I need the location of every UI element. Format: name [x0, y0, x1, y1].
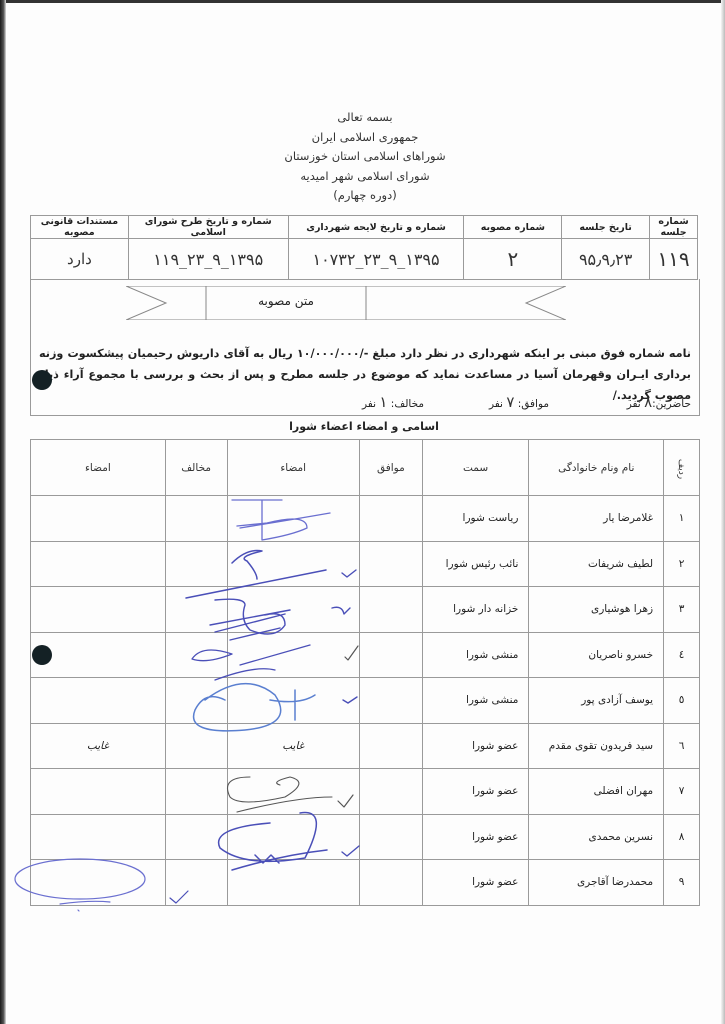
member-name: خسرو ناصریان: [529, 632, 664, 678]
col-municipal-bill: شماره و تاریخ لایحه شهرداری: [288, 216, 464, 239]
member-row: ۱ غلامرضا یار ریاست شورا: [31, 496, 700, 542]
header-line-city-council: شورای اسلامی شهر امیدیه: [250, 167, 480, 187]
agree-cell: [359, 541, 422, 587]
col-legal-documents: مستندات قانونی مصوبه: [31, 216, 129, 239]
oppose-signature-cell: [31, 769, 166, 815]
meta-header-row: شماره جلسه تاریخ جلسه شماره مصوبه شماره …: [31, 216, 698, 239]
oppose-signature-cell: [31, 541, 166, 587]
member-role: منشی شورا: [422, 678, 529, 724]
resolution-text-box: متن مصوبه نامه شماره فوق مبنی بر اینکه ش…: [30, 279, 700, 416]
row-number: ٤: [664, 632, 700, 678]
member-role: عضو شورا: [422, 723, 529, 769]
col-session-number: شماره جلسه: [650, 216, 698, 239]
council-plan-ref: ۱۳۹۵_۹_۲۳_۱۱۹: [128, 239, 288, 280]
member-row: ۹ محمدرضا آقاجری عضو شورا: [31, 860, 700, 906]
oppose-cell: [165, 769, 227, 815]
agree-signature-cell: [227, 678, 359, 724]
agree-signature-cell: [227, 769, 359, 815]
agree-cell: [359, 496, 422, 542]
agree-cell: [359, 678, 422, 724]
row-number: ۷: [664, 769, 700, 815]
agree-signature-cell: [227, 587, 359, 633]
agree-signature-cell: [227, 496, 359, 542]
oppose-signature-cell: [31, 814, 166, 860]
member-row: ۲ لطیف شریفات نائب رئیس شورا: [31, 541, 700, 587]
agree-signature-cell: [227, 860, 359, 906]
session-date: ۹۵٫۹٫۲۳: [562, 239, 650, 280]
member-row: ٤ خسرو ناصریان منشی شورا: [31, 632, 700, 678]
member-name: یوسف آزادی پور: [529, 678, 664, 724]
header-line-country: جمهوری اسلامی ایران: [250, 128, 480, 148]
punch-hole: [32, 370, 52, 390]
col-position: سمت: [422, 440, 529, 496]
oppose-signature-cell: [31, 678, 166, 724]
member-name: محمدرضا آقاجری: [529, 860, 664, 906]
member-name: زهرا هوشیاری: [529, 587, 664, 633]
member-role: منشی شورا: [422, 632, 529, 678]
oppose-cell: [165, 814, 227, 860]
agree-cell: [359, 814, 422, 860]
oppose-signature-cell: [31, 860, 166, 906]
oppose-cell: [165, 678, 227, 724]
member-row: ٥ یوسف آزادی پور منشی شورا: [31, 678, 700, 724]
absent-note: غایب: [227, 723, 359, 769]
members-section-title: اسامی و امضاء اعضاء شورا: [30, 420, 698, 433]
agree-cell: [359, 632, 422, 678]
member-row: ٦ سید فریدون تقوی مقدم عضو شورا غایب غای…: [31, 723, 700, 769]
punch-hole: [32, 645, 52, 665]
oppose-cell: [165, 587, 227, 633]
member-name: مهران افضلی: [529, 769, 664, 815]
member-name: غلامرضا یار: [529, 496, 664, 542]
document-header: بسمه تعالی جمهوری اسلامی ایران شوراهای ا…: [250, 108, 480, 206]
col-session-date: تاریخ جلسه: [562, 216, 650, 239]
col-oppose-signature: امضاء: [31, 440, 166, 496]
member-row: ۸ نسرین محمدی عضو شورا: [31, 814, 700, 860]
member-name: سید فریدون تقوی مقدم: [529, 723, 664, 769]
oppose-cell: [165, 632, 227, 678]
tally-agree: موافق: ۷ نفر: [489, 393, 549, 411]
col-council-plan: شماره و تاریخ طرح شورای اسلامی: [128, 216, 288, 239]
col-agree: موافق: [359, 440, 422, 496]
oppose-cell: [165, 723, 227, 769]
member-row: ۷ مهران افضلی عضو شورا: [31, 769, 700, 815]
agree-cell: [359, 723, 422, 769]
scan-edge-left: [0, 0, 6, 1024]
agree-cell: [359, 860, 422, 906]
row-number: ٥: [664, 678, 700, 724]
resolution-meta-table: شماره جلسه تاریخ جلسه شماره مصوبه شماره …: [30, 215, 698, 280]
title-ribbon: متن مصوبه: [126, 286, 566, 320]
row-number: ۸: [664, 814, 700, 860]
scan-edge-top: [0, 0, 725, 3]
legal-documents-value: دارد: [31, 239, 129, 280]
members-header-row: ردیف نام ونام خانوادگی سمت موافق امضاء م…: [31, 440, 700, 496]
member-role: عضو شورا: [422, 769, 529, 815]
oppose-cell: [165, 541, 227, 587]
col-row-number: ردیف: [664, 440, 700, 496]
row-number: ۲: [664, 541, 700, 587]
oppose-signature-cell: [31, 587, 166, 633]
agree-cell: [359, 769, 422, 815]
oppose-cell: [165, 860, 227, 906]
absent-note: غایب: [31, 723, 166, 769]
oppose-cell: [165, 496, 227, 542]
row-number: ۹: [664, 860, 700, 906]
member-name: لطیف شریفات: [529, 541, 664, 587]
row-number: ٦: [664, 723, 700, 769]
members-table: ردیف نام ونام خانوادگی سمت موافق امضاء م…: [30, 439, 700, 906]
member-name: نسرین محمدی: [529, 814, 664, 860]
agree-signature-cell: [227, 541, 359, 587]
header-line-term: (دوره چهارم): [250, 186, 480, 206]
member-role: نائب رئیس شورا: [422, 541, 529, 587]
row-number: ۱: [664, 496, 700, 542]
agree-signature-cell: [227, 814, 359, 860]
scan-edge-right: [721, 0, 725, 1024]
member-role: عضو شورا: [422, 814, 529, 860]
col-agree-signature: امضاء: [227, 440, 359, 496]
tally-oppose: مخالف: ۱ نفر: [362, 393, 424, 411]
session-number: ۱۱۹: [650, 239, 698, 280]
member-role: خزانه دار شورا: [422, 587, 529, 633]
meta-value-row: ۱۱۹ ۹۵٫۹٫۲۳ ۲ ۱۳۹۵_۹_۲۳_۱۰۷۳۲ ۱۳۹۵_۹_۲۳_…: [31, 239, 698, 280]
col-oppose: مخالف: [165, 440, 227, 496]
oppose-signature-cell: [31, 496, 166, 542]
col-full-name: نام ونام خانوادگی: [529, 440, 664, 496]
member-role: ریاست شورا: [422, 496, 529, 542]
tally-present: حاضرین:۸ نفر: [627, 393, 691, 411]
agree-cell: [359, 587, 422, 633]
header-line-province: شوراهای اسلامی استان خوزستان: [250, 147, 480, 167]
resolution-title: متن مصوبه: [206, 294, 366, 308]
header-line-basmala: بسمه تعالی: [250, 108, 480, 128]
municipal-bill-ref: ۱۳۹۵_۹_۲۳_۱۰۷۳۲: [288, 239, 464, 280]
agree-signature-cell: [227, 632, 359, 678]
member-role: عضو شورا: [422, 860, 529, 906]
member-row: ۳ زهرا هوشیاری خزانه دار شورا: [31, 587, 700, 633]
col-resolution-number: شماره مصوبه: [464, 216, 562, 239]
row-number: ۳: [664, 587, 700, 633]
resolution-number: ۲: [464, 239, 562, 280]
